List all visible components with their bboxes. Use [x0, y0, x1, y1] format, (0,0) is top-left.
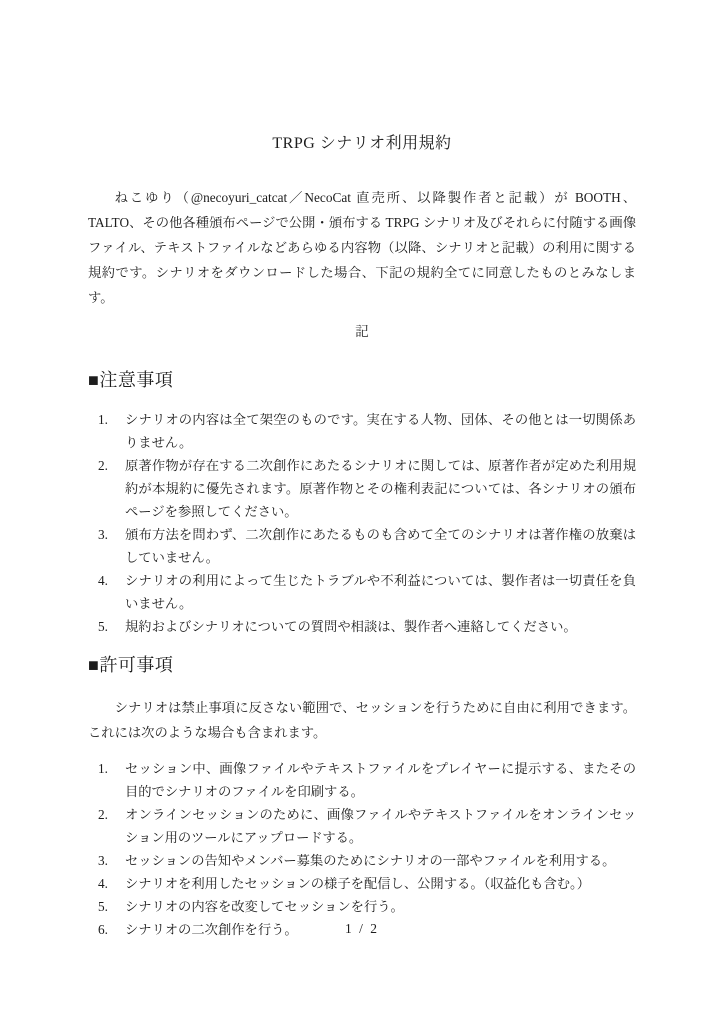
- list-item: 2. オンラインセッションのために、画像ファイルやテキストファイルをオンラインセ…: [88, 803, 636, 849]
- document-page: TRPG シナリオ利用規約 ねこゆり（@necoyuri_catcat／Neco…: [0, 0, 724, 1024]
- item-number: 1.: [98, 757, 125, 780]
- list-item: 4. シナリオを利用したセッションの様子を配信し、公開する。（収益化も含む。）: [88, 872, 636, 895]
- item-number: 3.: [98, 523, 125, 546]
- item-text: 原著作物が存在する二次創作にあたるシナリオに関しては、原著作者が定めた利用規約が…: [125, 454, 636, 523]
- section-heading-permissions: ■許可事項: [88, 652, 636, 678]
- notes-list: 1. シナリオの内容は全て架空のものです。実在する人物、団体、その他とは一切関係…: [88, 408, 636, 638]
- permissions-list: 1. セッション中、画像ファイルやテキストファイルをプレイヤーに提示する、またそ…: [88, 757, 636, 941]
- list-item: 5. シナリオの内容を改変してセッションを行う。: [88, 895, 636, 918]
- item-text: シナリオの内容を改変してセッションを行う。: [125, 895, 636, 918]
- intro-paragraph: ねこゆり（@necoyuri_catcat／NecoCat 直売所、以降製作者と…: [88, 185, 636, 310]
- list-item: 5. 規約およびシナリオについての質問や相談は、製作者へ連絡してください。: [88, 615, 636, 638]
- item-text: オンラインセッションのために、画像ファイルやテキストファイルをオンラインセッショ…: [125, 803, 636, 849]
- item-text: セッションの告知やメンバー募集のためにシナリオの一部やファイルを利用する。: [125, 849, 636, 872]
- item-number: 2.: [98, 803, 125, 826]
- item-text: 頒布方法を問わず、二次創作にあたるものも含めて全てのシナリオは著作権の放棄はして…: [125, 523, 636, 569]
- item-number: 2.: [98, 454, 125, 477]
- item-number: 1.: [98, 408, 125, 431]
- item-text: シナリオの内容は全て架空のものです。実在する人物、団体、その他とは一切関係ありま…: [125, 408, 636, 454]
- item-text: シナリオを利用したセッションの様子を配信し、公開する。（収益化も含む。）: [125, 872, 636, 895]
- list-item: 3. 頒布方法を問わず、二次創作にあたるものも含めて全てのシナリオは著作権の放棄…: [88, 523, 636, 569]
- section-heading-notes: ■注意事項: [88, 367, 636, 393]
- list-item: 4. シナリオの利用によって生じたトラブルや不利益については、製作者は一切責任を…: [88, 569, 636, 615]
- item-number: 4.: [98, 872, 125, 895]
- document-title: TRPG シナリオ利用規約: [88, 133, 636, 155]
- page-number: 1 / 2: [0, 919, 724, 939]
- list-item: 1. シナリオの内容は全て架空のものです。実在する人物、団体、その他とは一切関係…: [88, 408, 636, 454]
- item-text: シナリオの利用によって生じたトラブルや不利益については、製作者は一切責任を負いま…: [125, 569, 636, 615]
- record-marker: 記: [88, 319, 636, 344]
- list-item: 3. セッションの告知やメンバー募集のためにシナリオの一部やファイルを利用する。: [88, 849, 636, 872]
- item-text: 規約およびシナリオについての質問や相談は、製作者へ連絡してください。: [125, 615, 636, 638]
- item-number: 3.: [98, 849, 125, 872]
- item-text: セッション中、画像ファイルやテキストファイルをプレイヤーに提示する、またその目的…: [125, 757, 636, 803]
- item-number: 4.: [98, 569, 125, 592]
- list-item: 1. セッション中、画像ファイルやテキストファイルをプレイヤーに提示する、またそ…: [88, 757, 636, 803]
- item-number: 5.: [98, 895, 125, 918]
- item-number: 5.: [98, 615, 125, 638]
- list-item: 2. 原著作物が存在する二次創作にあたるシナリオに関しては、原著作者が定めた利用…: [88, 454, 636, 523]
- permissions-intro-paragraph: シナリオは禁止事項に反さない範囲で、セッションを行うために自由に利用できます。こ…: [88, 695, 636, 745]
